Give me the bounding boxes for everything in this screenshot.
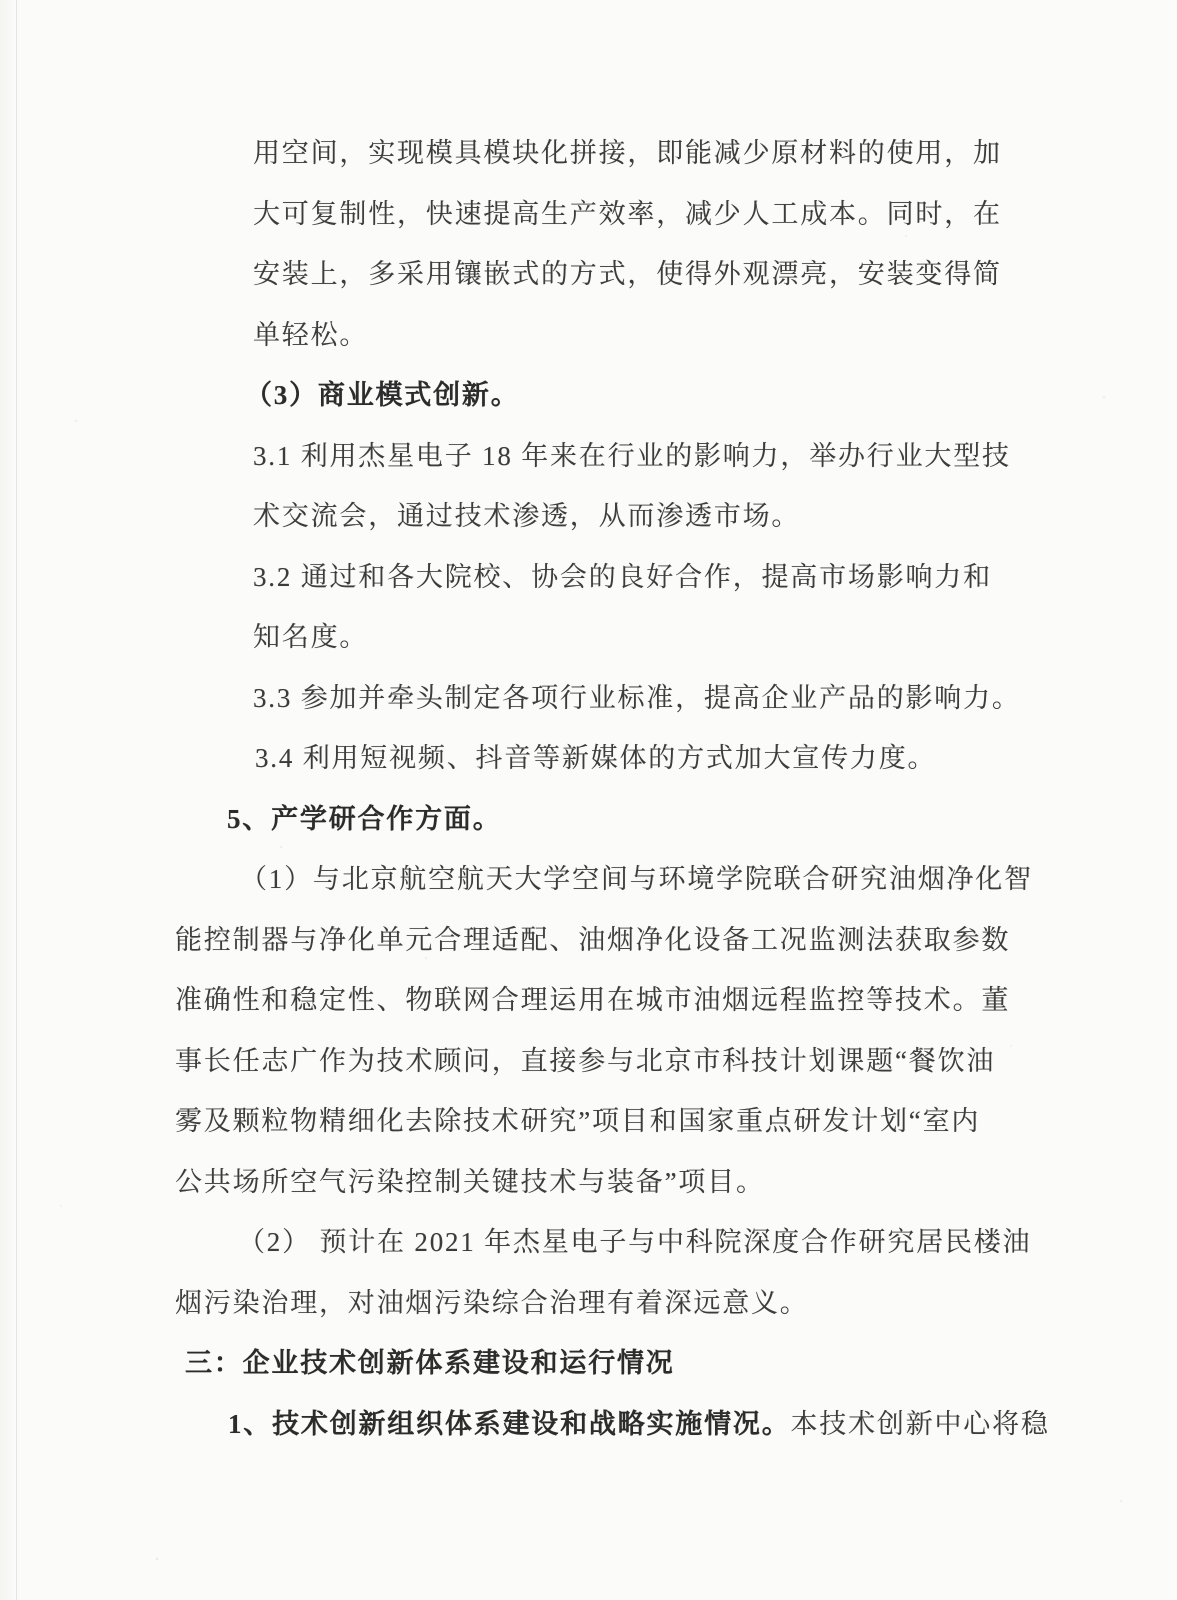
section-heading: 5、产学研合作方面。 <box>227 789 1177 850</box>
text-segment: 能控制器与净化单元合理适配、油烟净化设备工况监测法获取参数 <box>175 925 1010 955</box>
bold-text-segment: （3）商业模式创新。 <box>245 380 520 410</box>
text-segment: 用空间，实现模具模块化拼接，即能减少原材料的使用，加 <box>253 138 1002 168</box>
text-line: 烟污染治理，对油烟污染综合治理有着深远意义。 <box>175 1273 1177 1334</box>
text-line: 单轻松。 <box>253 305 1177 366</box>
text-segment: 3.3 参加并牵头制定各项行业标准，提高企业产品的影响力。 <box>253 683 1021 713</box>
text-line: 3.4 利用短视频、抖音等新媒体的方式加大宣传力度。 <box>255 728 1177 789</box>
text-segment: 单轻松。 <box>253 320 368 350</box>
text-segment: （1）与北京航空航天大学空间与环境学院联合研究油烟净化智 <box>240 864 1033 894</box>
text-segment: 安装上，多采用镶嵌式的方式，使得外观漂亮，安装变得简 <box>253 259 1002 289</box>
bold-text-segment: 5、产学研合作方面。 <box>227 804 502 834</box>
text-line: 1、技术创新组织体系建设和战略实施情况。本技术创新中心将稳 <box>228 1394 1177 1455</box>
text-segment: 烟污染治理，对油烟污染综合治理有着深远意义。 <box>175 1288 809 1318</box>
bold-text-segment: 1、技术创新组织体系建设和战略实施情况。 <box>228 1409 791 1439</box>
text-segment: 本技术创新中心将稳 <box>791 1409 1050 1439</box>
document-page: 用空间，实现模具模块化拼接，即能减少原材料的使用，加大可复制性，快速提高生产效率… <box>0 123 1177 1454</box>
text-line: 用空间，实现模具模块化拼接，即能减少原材料的使用，加 <box>253 123 1177 184</box>
text-segment: 术交流会，通过技术渗透，从而渗透市场。 <box>253 501 800 531</box>
section-heading: 三：企业技术创新体系建设和运行情况 <box>185 1333 1177 1394</box>
text-line: 事长任志广作为技术顾问，直接参与北京市科技计划课题“餐饮油 <box>175 1031 1177 1092</box>
text-segment: （2） 预计在 2021 年杰星电子与中科院深度合作研究居民楼油 <box>238 1227 1031 1257</box>
text-segment: 准确性和稳定性、物联网合理运用在城市油烟远程监控等技术。董 <box>175 985 1010 1015</box>
text-segment: 知名度。 <box>253 622 368 652</box>
text-segment: 事长任志广作为技术顾问，直接参与北京市科技计划课题“餐饮油 <box>175 1046 995 1076</box>
text-segment: 3.1 利用杰星电子 18 年来在行业的影响力，举办行业大型技 <box>253 441 1011 471</box>
text-line: 公共场所空气污染控制关键技术与装备”项目。 <box>175 1152 1177 1213</box>
text-segment: 3.4 利用短视频、抖音等新媒体的方式加大宣传力度。 <box>255 743 936 773</box>
scan-noise-specks <box>0 0 2 2</box>
text-line: 能控制器与净化单元合理适配、油烟净化设备工况监测法获取参数 <box>175 910 1177 971</box>
text-segment: 公共场所空气污染控制关键技术与装备”项目。 <box>175 1167 765 1197</box>
bold-text-segment: 三：企业技术创新体系建设和运行情况 <box>185 1348 675 1378</box>
text-segment: 3.2 通过和各大院校、协会的良好合作，提高市场影响力和 <box>253 562 992 592</box>
text-line: 术交流会，通过技术渗透，从而渗透市场。 <box>253 486 1177 547</box>
text-line: 安装上，多采用镶嵌式的方式，使得外观漂亮，安装变得简 <box>253 244 1177 305</box>
text-line: 3.1 利用杰星电子 18 年来在行业的影响力，举办行业大型技 <box>253 426 1177 487</box>
text-line: 3.2 通过和各大院校、协会的良好合作，提高市场影响力和 <box>253 547 1177 608</box>
text-line: （2） 预计在 2021 年杰星电子与中科院深度合作研究居民楼油 <box>238 1212 1177 1273</box>
text-line: 准确性和稳定性、物联网合理运用在城市油烟远程监控等技术。董 <box>175 970 1177 1031</box>
text-line: 知名度。 <box>253 607 1177 668</box>
text-segment: 雾及颗粒物精细化去除技术研究”项目和国家重点研发计划“室内 <box>175 1106 980 1136</box>
text-line: 大可复制性，快速提高生产效率，减少人工成本。同时，在 <box>253 184 1177 245</box>
text-line: 雾及颗粒物精细化去除技术研究”项目和国家重点研发计划“室内 <box>175 1091 1177 1152</box>
text-line: （1）与北京航空航天大学空间与环境学院联合研究油烟净化智 <box>240 849 1177 910</box>
text-line: 3.3 参加并牵头制定各项行业标准，提高企业产品的影响力。 <box>253 668 1177 729</box>
section-heading: （3）商业模式创新。 <box>245 365 1177 426</box>
text-segment: 大可复制性，快速提高生产效率，减少人工成本。同时，在 <box>253 199 1002 229</box>
